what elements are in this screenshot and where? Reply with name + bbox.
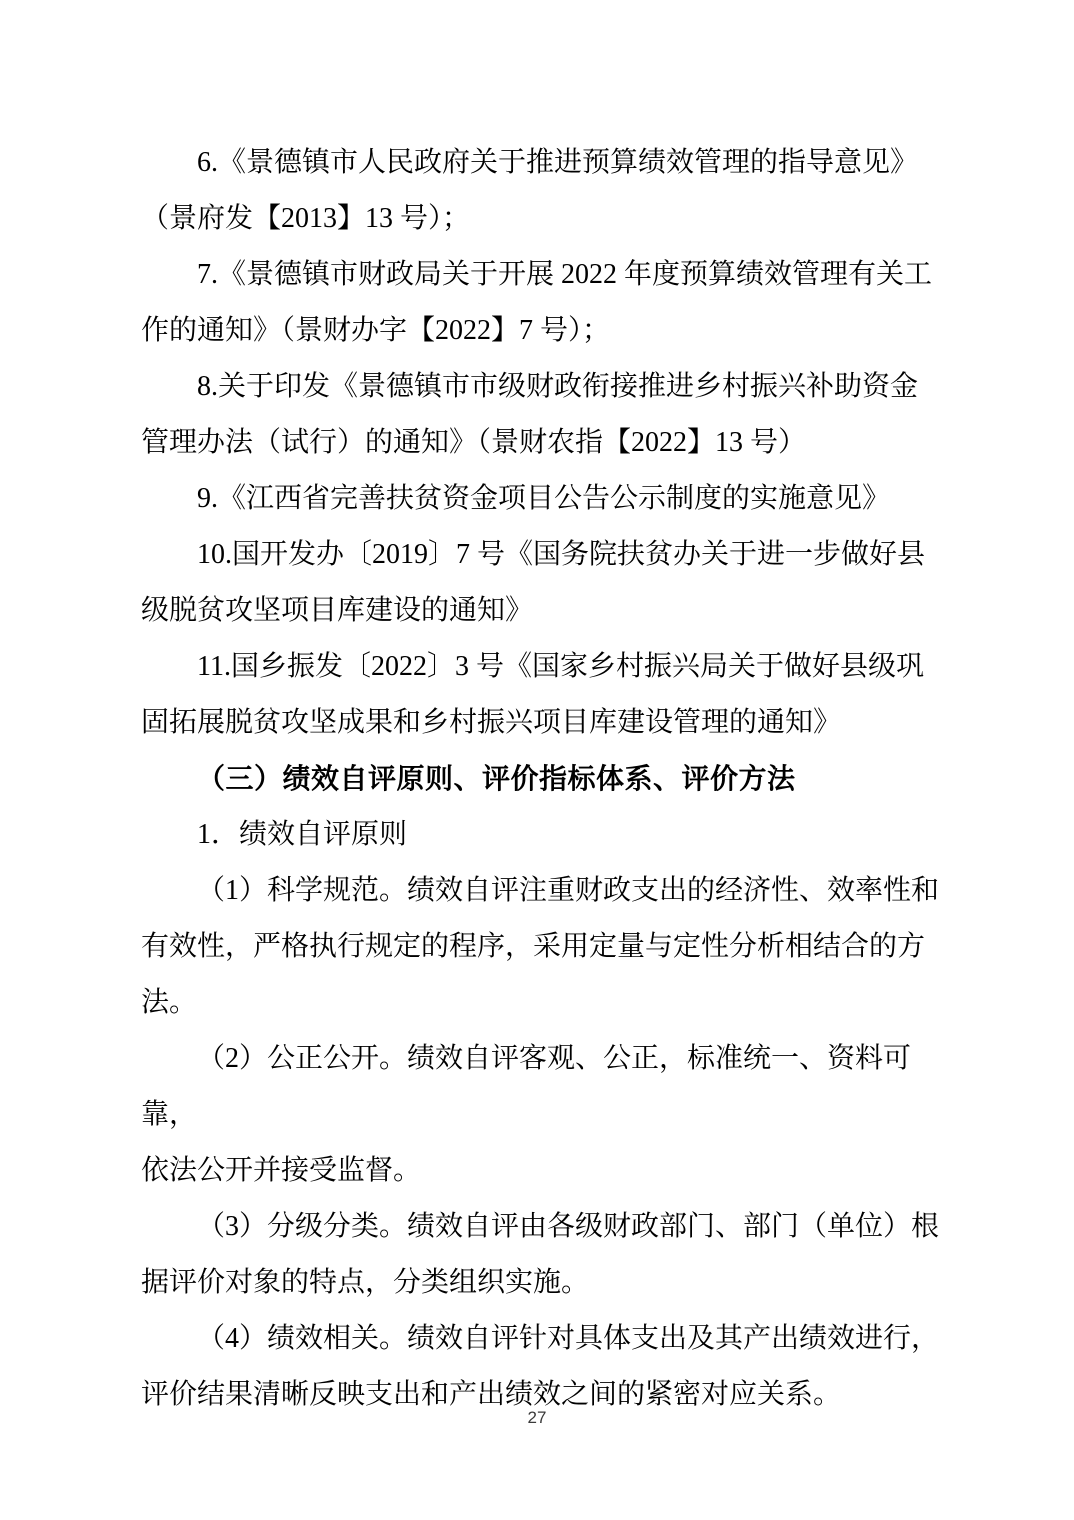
reference-item-10: 10.国开发办〔2019〕7 号《国务院扶贫办关于进一步做好县 级脱贫攻坚项目库…	[141, 527, 955, 639]
principle-item-2: （2）公正公开。绩效自评客观、公正，标准统一、资料可靠， 依法公开并接受监督。	[141, 1031, 955, 1199]
document-page: 6.《景德镇市人民政府关于推进预算绩效管理的指导意见》 （景府发【2013】13…	[0, 0, 1074, 1520]
reference-item-8: 8.关于印发《景德镇市市级财政衔接推进乡村振兴补助资金 管理办法（试行）的通知》…	[141, 359, 955, 471]
subsection-heading: 1．绩效自评原则	[141, 807, 955, 863]
principle-item-1: （1）科学规范。绩效自评注重财政支出的经济性、效率性和 有效性，严格执行规定的程…	[141, 863, 955, 1031]
reference-item-7: 7.《景德镇市财政局关于开展 2022 年度预算绩效管理有关工 作的通知》（景财…	[141, 247, 955, 359]
page-number: 27	[528, 1408, 547, 1427]
section-heading: （三）绩效自评原则、评价指标体系、评价方法	[141, 751, 955, 807]
reference-item-9: 9.《江西省完善扶贫资金项目公告公示制度的实施意见》	[141, 471, 955, 527]
principle-item-3: （3）分级分类。绩效自评由各级财政部门、部门（单位）根 据评价对象的特点，分类组…	[141, 1199, 955, 1311]
reference-item-11: 11.国乡振发〔2022〕3 号《国家乡村振兴局关于做好县级巩 固拓展脱贫攻坚成…	[141, 639, 955, 751]
document-content: 6.《景德镇市人民政府关于推进预算绩效管理的指导意见》 （景府发【2013】13…	[141, 135, 955, 1423]
page-footer: 27	[0, 1406, 1074, 1430]
reference-item-6: 6.《景德镇市人民政府关于推进预算绩效管理的指导意见》 （景府发【2013】13…	[141, 135, 955, 247]
